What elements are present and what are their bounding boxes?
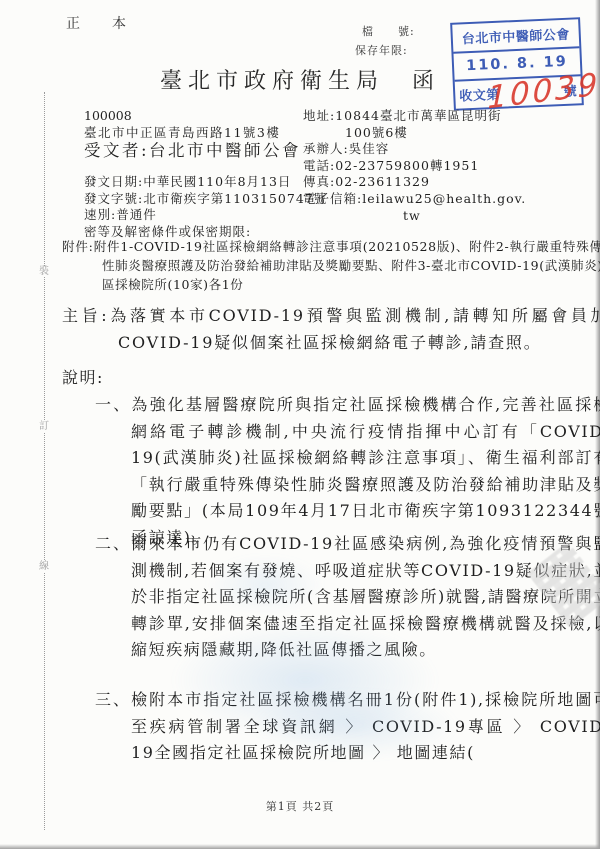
binding-char-xian: 線 [39,561,49,572]
issue-date-line: 發文日期:中華民國110年8月13日 [84,172,291,190]
description-label: 說明: [62,365,104,388]
description-item-3: 三、檢附本市指定社區採檢機構名冊1份(附件1),採檢院所地圖可至疾病管制署全球資… [95,687,600,767]
scanned-letter-page: 裝 訂 線 正 本 檔 號: 保存年限: 臺北市政府衛生局 函 台北市中醫師公會… [0,0,600,849]
scan-edge-bottom [0,844,600,849]
binding-line [44,92,45,830]
copy-type-label: 正 本 [66,13,135,33]
subject-text: 為落實本市COVID-19預警與監測機制,請轉知所屬會員加強COVID-19疑似… [109,306,600,352]
sender-contact-block: 地址:10844臺北市萬華區昆明街 100號6樓 承辦人:吳佳容 電話:02-2… [303,108,573,224]
contact-email-line1: 電子信箱:leilawu25@health.gov. [303,191,573,208]
doc-number-line: 發文字號:北市衛疾字第1103150747號 [84,189,327,207]
attachment-label: 附件: [62,239,93,254]
contact-phone: 電話:02-23759800轉1951 [303,158,573,175]
subject-label: 主旨: [62,306,109,325]
contact-person: 承辦人:吳佳容 [303,141,573,158]
contact-email-line2: tw [303,208,573,225]
item-3-text: 檢附本市指定社區採檢機構名冊1份(附件1),採檢院所地圖可至疾病管制署全球資訊網… [131,690,600,762]
attachment-paragraph: 附件:附件1-COVID-19社區採檢網絡轉診注意事項(20210528版)、附… [62,237,600,294]
attachment-text: 附件1-COVID-19社區採檢網絡轉診注意事項(20210528版)、附件2-… [93,239,600,292]
item-2-text: 爾來本市仍有COVID-19社區感染病例,為強化疫情預警與監測機制,若個案有發燒… [131,534,600,659]
description-item-2: 二、爾來本市仍有COVID-19社區感染病例,為強化疫情預警與監測機制,若個案有… [95,531,600,664]
retention-period-label: 保存年限: [355,42,408,58]
item-2-number: 二、 [95,534,131,553]
item-3-number: 三、 [95,690,131,709]
contact-fax: 傳真:02-23611329 [303,174,573,191]
item-1-text: 為強化基層醫療院所與指定社區採檢機構合作,完善社區採檢網絡電子轉診機制,中央流行… [131,395,600,547]
item-1-number: 一、 [95,395,131,414]
recipient-postal-code: 100008 [84,108,132,123]
sender-address-line2: 100號6樓 [303,125,573,142]
file-number-label: 檔 號: [362,23,415,39]
receiver-line: 受文者:台北市中醫師公會 [84,137,301,161]
binding-char-zhuang: 裝 [39,266,49,277]
page-number-footer: 第1頁 共2頁 [0,798,600,814]
subject-paragraph: 主旨:為落實本市COVID-19預警與監測機制,請轉知所屬會員加強COVID-1… [62,302,600,356]
speed-line: 速別:普通件 [84,205,157,223]
description-item-1: 一、為強化基層醫療院所與指定社區採檢機構合作,完善社區採檢網絡電子轉診機制,中央… [95,392,600,551]
binding-char-ding: 訂 [39,421,49,432]
